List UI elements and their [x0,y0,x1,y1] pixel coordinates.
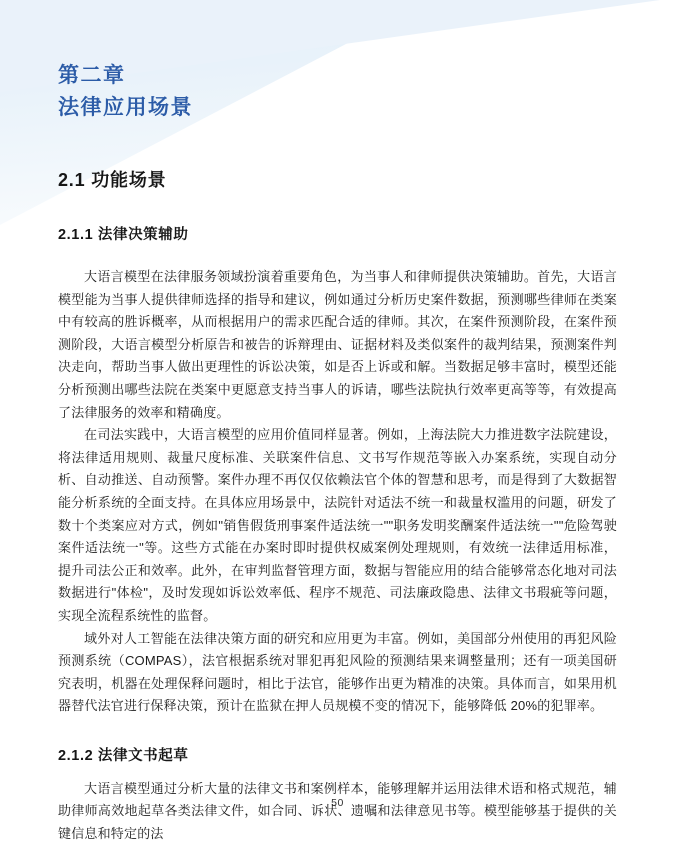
subsection-heading-legal-document-drafting: 2.1.2 法律文书起草 [58,747,617,765]
subsection-heading-legal-decision-support: 2.1.1 法律决策辅助 [58,226,617,244]
chapter-title: 第二章 法律应用场景 [58,0,617,124]
section-heading: 2.1 功能场景 [58,169,617,192]
chapter-name: 法律应用场景 [58,92,617,124]
paragraph: 大语言模型在法律服务领域扮演着重要角色，为当事人和律师提供决策辅助。首先，大语言… [58,266,617,424]
page-number: 50 [0,797,675,809]
document-page: 第二章 法律应用场景 2.1 功能场景 2.1.1 法律决策辅助 大语言模型在法… [0,0,675,849]
paragraph: 域外对人工智能在法律决策方面的研究和应用更为丰富。例如，美国部分州使用的再犯风险… [58,628,617,718]
page-content: 第二章 法律应用场景 2.1 功能场景 2.1.1 法律决策辅助 大语言模型在法… [0,0,675,846]
paragraph: 在司法实践中，大语言模型的应用价值同样显著。例如，上海法院大力推进数字法院建设，… [58,424,617,627]
chapter-label: 第二章 [58,60,617,92]
paragraph: 大语言模型通过分析大量的法律文书和案例样本，能够理解并运用法律术语和格式规范，辅… [58,778,617,846]
